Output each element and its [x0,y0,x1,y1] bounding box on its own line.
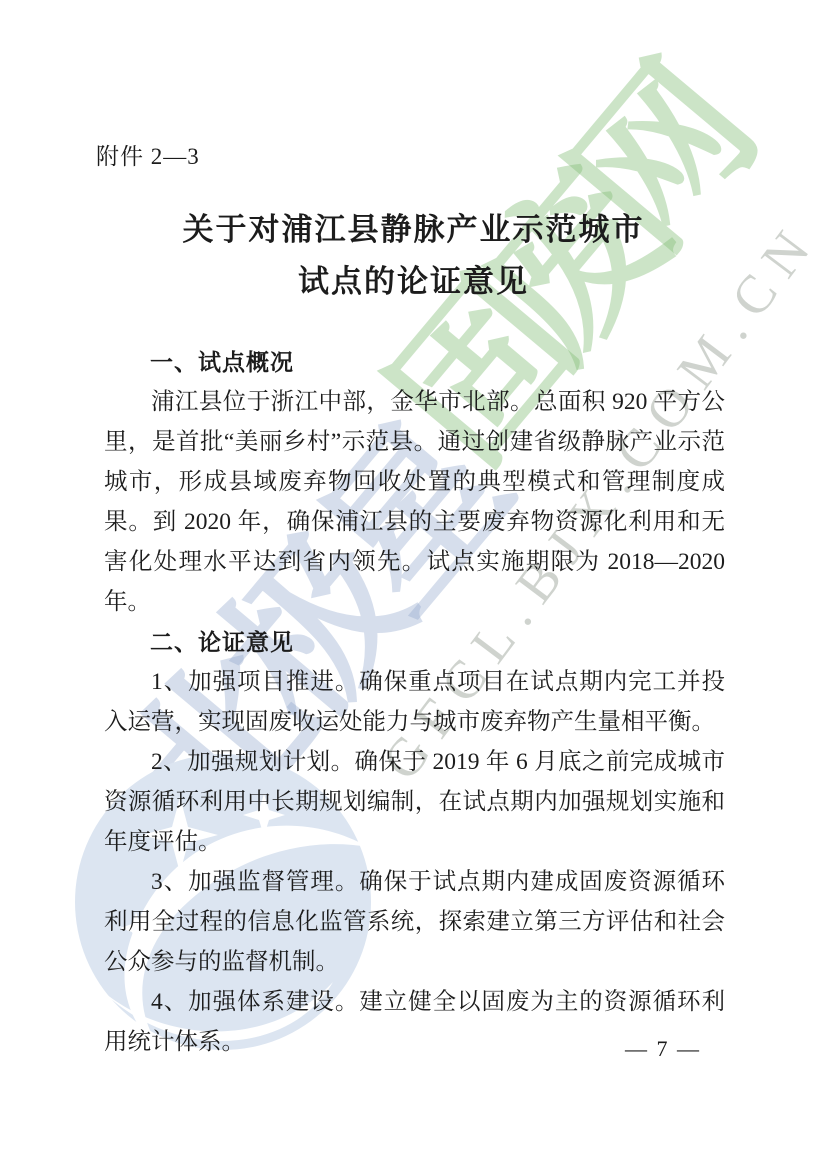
page-number: — 7 — [625,1036,701,1062]
section1-heading: 一、试点概况 [104,342,725,382]
section2-item: 3、加强监督管理。确保于试点期内建成固废资源循环利用全过程的信息化监管系统，探索… [104,862,725,982]
document-body: 一、试点概况 浦江县位于浙江中部，金华市北部。总面积 920 平方公里，是首批“… [104,342,725,1062]
document-title: 关于对浦江县静脉产业示范城市 试点的论证意见 [0,204,827,308]
document-title-line2: 试点的论证意见 [0,256,827,308]
document-page: 固废网 北极星 GFCL.BJX.COM.CN 附件 2—3 关于对浦江县静脉产… [0,0,827,1169]
attachment-label: 附件 2—3 [96,138,200,171]
section2-heading: 二、论证意见 [104,622,725,662]
section2-item: 2、加强规划计划。确保于 2019 年 6 月底之前完成城市资源循环利用中长期规… [104,742,725,862]
document-title-line1: 关于对浦江县静脉产业示范城市 [0,204,827,256]
section1-paragraph: 浦江县位于浙江中部，金华市北部。总面积 920 平方公里，是首批“美丽乡村”示范… [104,382,725,622]
section2-item: 1、加强项目推进。确保重点项目在试点期内完工并投入运营，实现固废收运处能力与城市… [104,662,725,742]
